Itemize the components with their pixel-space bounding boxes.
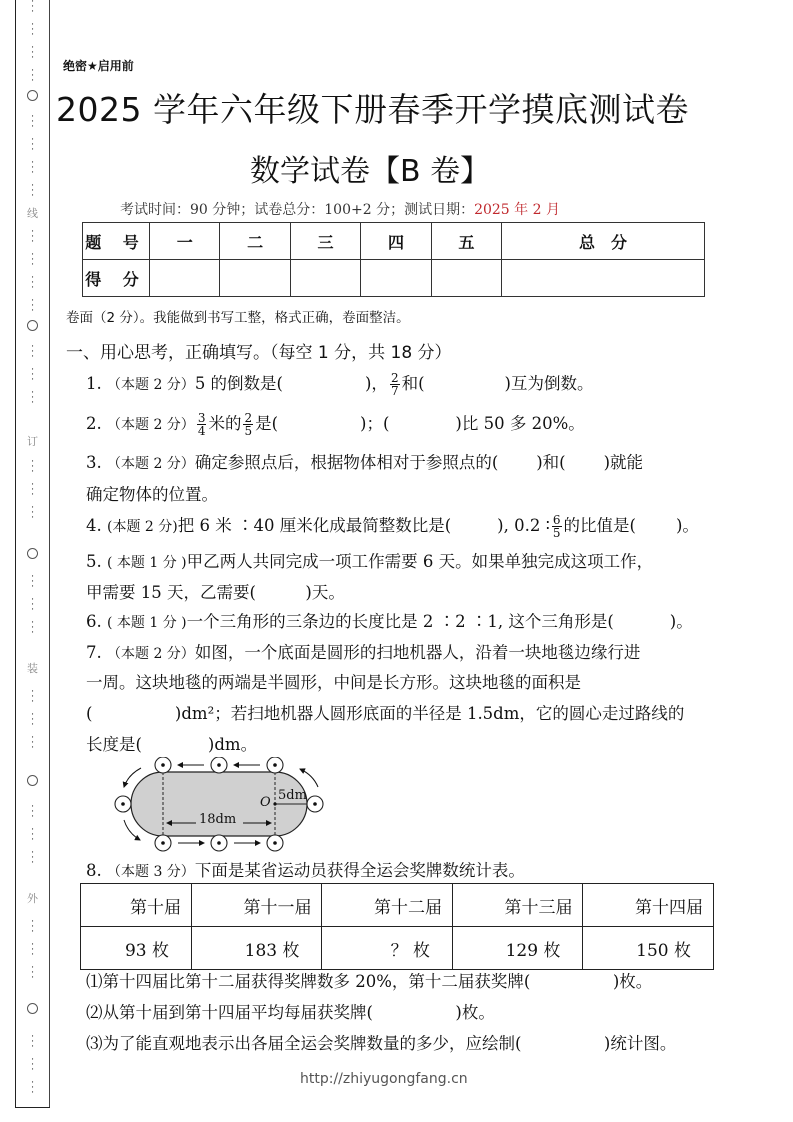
- question-2: 2. （本题 2 分）34米的25是()；()比 50 多 20%。: [86, 410, 585, 437]
- question-number: 5.: [86, 552, 107, 571]
- question-7-line-3: ( )dm²；若扫地机器人圆形底面的半径是 1.5dm，它的圆心走过路线的: [86, 700, 684, 724]
- question-1: 1. （本题 2 分）5 的倒数是()，27和()互为倒数。: [86, 370, 593, 397]
- margin-cut-label: 订: [16, 433, 49, 449]
- fraction: 25: [243, 412, 253, 437]
- question-text: 如图，一个底面是圆形的扫地机器人，沿着一块地毯边缘行进: [195, 643, 641, 662]
- score-table-cell: 四: [361, 223, 431, 260]
- score-table-score-row: 得 分: [83, 260, 705, 297]
- margin-dotted-line: ···: [16, 828, 49, 843]
- question-text: 把 6 米 ∶40 厘米化成最简整数比是(: [178, 516, 451, 535]
- score-input-cell[interactable]: [150, 260, 220, 297]
- question-5-line-2: 甲需要 15 天，乙需要( )天。: [86, 579, 345, 603]
- medal-table-header: 第十一届: [192, 884, 322, 927]
- medal-table-value: 93 枚: [81, 927, 192, 970]
- question-text: )，: [365, 374, 388, 393]
- question-7-line-4: 长度是( )dm。: [86, 731, 257, 755]
- margin-dotted-line: ···: [16, 299, 49, 314]
- margin-dotted-line: ···: [16, 851, 49, 866]
- margin-dotted-line: ···: [16, 276, 49, 291]
- score-table-cell: 总 分: [502, 223, 705, 260]
- medal-table-value-row: 93 枚 183 枚 ？ 枚 129 枚 150 枚: [81, 927, 714, 970]
- margin-dotted-line: ···: [16, 598, 49, 613]
- margin-dotted-line: ···: [16, 1058, 49, 1073]
- question-points: （本题 2 分）: [107, 646, 195, 662]
- margin-dotted-line: ···: [16, 506, 49, 521]
- question-text: )互为倒数。: [505, 374, 594, 393]
- margin-dotted-line: ···: [16, 184, 49, 199]
- exam-info-text: 考试时间：90 分钟；试卷总分：100+2 分；测试日期：: [120, 202, 474, 218]
- margin-dotted-line: ···: [16, 115, 49, 130]
- margin-circle-icon: [27, 320, 38, 331]
- medal-table-header: 第十四届: [583, 884, 714, 927]
- question-number: 8.: [86, 861, 107, 880]
- confidential-label: 绝密★启用前: [63, 57, 134, 74]
- question-4: 4. (本题 2 分)把 6 米 ∶40 厘米化成最简整数比是(), 0.2 ∶…: [86, 512, 699, 539]
- score-table-cell: 得 分: [83, 260, 150, 297]
- score-input-cell[interactable]: [431, 260, 501, 297]
- margin-dotted-line: ···: [16, 920, 49, 935]
- question-text: 5 的倒数是(: [195, 374, 283, 393]
- fraction-denominator: 5: [243, 425, 253, 437]
- medal-count-table: 第十届 第十一届 第十二届 第十三届 第十四届 93 枚 183 枚 ？ 枚 1…: [80, 883, 714, 970]
- neatness-note: 卷面（2 分）。我能做到书写工整，格式正确，卷面整洁。: [66, 306, 410, 326]
- margin-dotted-line: ···: [16, 345, 49, 360]
- question-number: 4.: [86, 516, 107, 535]
- exam-date: 2025 年 2 月: [474, 202, 560, 218]
- margin-dotted-line: ···: [16, 69, 49, 84]
- question-points: ( 本题 1 分 ): [107, 615, 187, 631]
- fraction: 27: [390, 372, 400, 397]
- medal-table-value: 129 枚: [452, 927, 582, 970]
- margin-dotted-line: ···: [16, 621, 49, 636]
- question-text: 确定参照点后，根据物体相对于参照点的(: [195, 453, 498, 472]
- question-number: 2.: [86, 414, 107, 433]
- margin-cut-label: 装: [16, 660, 49, 676]
- score-input-cell[interactable]: [502, 260, 705, 297]
- margin-circle-icon: [27, 548, 38, 559]
- question-text: ), 0.2 ∶: [497, 516, 550, 535]
- margin-dotted-line: ···: [16, 575, 49, 590]
- question-3-line-2: 确定物体的位置。: [86, 481, 218, 505]
- carpet-diagram-svg: [108, 757, 348, 853]
- score-table-cell: 三: [290, 223, 360, 260]
- question-number: 7.: [86, 643, 107, 662]
- question-7-line-2: 一周。这块地毯的两端是半圆形，中间是长方形。这块地毯的面积是: [86, 669, 581, 693]
- length-label: 18dm: [199, 812, 236, 827]
- fraction-denominator: 7: [390, 385, 400, 397]
- question-6: 6. ( 本题 1 分 )一个三角形的三条边的长度比是 2 ∶2 ∶1, 这个三…: [86, 608, 693, 632]
- fraction: 34: [197, 412, 207, 437]
- margin-dotted-line: ···: [16, 23, 49, 38]
- question-text: )。: [676, 516, 699, 535]
- question-text: 下面是某省运动员获得全运会奖牌数统计表。: [195, 861, 525, 880]
- question-text: 一个三角形的三条边的长度比是 2 ∶2 ∶1, 这个三角形是(: [187, 612, 614, 631]
- fraction-denominator: 5: [552, 527, 562, 539]
- score-table-cell: 二: [220, 223, 290, 260]
- margin-dotted-line: ···: [16, 0, 49, 15]
- question-text: 的比值是(: [564, 516, 636, 535]
- margin-dotted-line: ···: [16, 483, 49, 498]
- question-points: （本题 3 分）: [107, 864, 195, 880]
- medal-table-header: 第十三届: [452, 884, 582, 927]
- fraction-denominator: 4: [197, 425, 207, 437]
- question-number: 3.: [86, 453, 107, 472]
- score-table-cell: 五: [431, 223, 501, 260]
- question-points: （本题 2 分）: [107, 456, 195, 472]
- question-7: 7. （本题 2 分）如图，一个底面是圆形的扫地机器人，沿着一块地毯边缘行进: [86, 639, 640, 663]
- margin-dotted-line: ···: [16, 368, 49, 383]
- margin-dotted-line: ···: [16, 805, 49, 820]
- carpet-robot-diagram: 18dm 5dm O: [108, 757, 348, 853]
- margin-dotted-line: ···: [16, 230, 49, 245]
- margin-dotted-line: ···: [16, 943, 49, 958]
- margin-dotted-line: ···: [16, 1081, 49, 1096]
- margin-dotted-line: ···: [16, 736, 49, 751]
- binding-margin-inner-line: [49, 0, 50, 1108]
- medal-table-value: 150 枚: [583, 927, 714, 970]
- margin-dotted-line: ···: [16, 690, 49, 705]
- score-table-header-row: 题 号 一 二 三 四 五 总 分: [83, 223, 705, 260]
- question-text: 和(: [402, 374, 425, 393]
- radius-label: 5dm: [278, 788, 307, 803]
- question-points: （本题 2 分）: [107, 377, 195, 393]
- question-text: )和(: [536, 453, 565, 472]
- question-text: 是(: [255, 414, 278, 433]
- score-table-cell: 一: [150, 223, 220, 260]
- margin-dotted-line: ···: [16, 253, 49, 268]
- question-text: )就能: [604, 453, 643, 472]
- medal-table-header: 第十二届: [322, 884, 452, 927]
- margin-dotted-line: ···: [16, 138, 49, 153]
- margin-cut-label: 外: [16, 890, 49, 906]
- margin-dotted-line: ···: [16, 391, 49, 406]
- medal-table-value: ？ 枚: [322, 927, 452, 970]
- medal-table-value: 183 枚: [192, 927, 322, 970]
- question-3: 3. （本题 2 分）确定参照点后，根据物体相对于参照点的()和()就能: [86, 449, 643, 473]
- margin-dotted-line: ···: [16, 161, 49, 176]
- question-points: ( 本题 1 分 ): [107, 555, 187, 571]
- question-8-sub-3: ⑶为了能直观地表示出各届全运会奖牌数量的多少，应绘制( )统计图。: [86, 1030, 676, 1054]
- question-text: )；(: [360, 414, 389, 433]
- question-8-sub-1: ⑴第十四届比第十二届获得奖牌数多 20%，第十二届获奖牌( )枚。: [86, 968, 652, 992]
- score-input-cell[interactable]: [290, 260, 360, 297]
- score-input-cell[interactable]: [361, 260, 431, 297]
- score-table-cell: 题 号: [83, 223, 150, 260]
- margin-dotted-line: ···: [16, 46, 49, 61]
- question-text: 米的: [208, 414, 241, 433]
- binding-margin: 线订装外····································…: [16, 0, 49, 1108]
- medal-table-header: 第十届: [81, 884, 192, 927]
- question-5: 5. ( 本题 1 分 )甲乙两人共同完成一项工作需要 6 天。如果单独完成这项…: [86, 548, 653, 572]
- fraction: 65: [552, 514, 562, 539]
- question-text: 甲乙两人共同完成一项工作需要 6 天。如果单独完成这项工作，: [187, 552, 654, 571]
- margin-cut-label: 线: [16, 205, 49, 221]
- footer-url[interactable]: http://zhiyugongfang.cn: [300, 1071, 468, 1087]
- question-8-sub-2: ⑵从第十届到第十四届平均每届获奖牌( )枚。: [86, 999, 495, 1023]
- section-1-heading: 一、用心思考，正确填写。（每空 1 分，共 18 分）: [66, 338, 452, 363]
- exam-subtitle: 数学试卷【B 卷】: [250, 146, 490, 190]
- margin-dotted-line: ···: [16, 966, 49, 981]
- center-label: O: [260, 795, 271, 810]
- question-number: 6.: [86, 612, 107, 631]
- margin-dotted-line: ···: [16, 713, 49, 728]
- margin-circle-icon: [27, 775, 38, 786]
- question-points: （本题 2 分）: [107, 417, 195, 433]
- question-points: (本题 2 分): [107, 519, 178, 535]
- margin-circle-icon: [27, 90, 38, 101]
- margin-circle-icon: [27, 1003, 38, 1014]
- question-number: 1.: [86, 374, 107, 393]
- exam-info: 考试时间：90 分钟；试卷总分：100+2 分；测试日期：2025 年 2 月: [120, 199, 560, 219]
- exam-title: 2025 学年六年级下册春季开学摸底测试卷: [56, 84, 746, 131]
- score-input-cell[interactable]: [220, 260, 290, 297]
- question-text: )。: [670, 612, 693, 631]
- score-table: 题 号 一 二 三 四 五 总 分 得 分: [82, 222, 705, 297]
- margin-dotted-line: ···: [16, 460, 49, 475]
- question-text: )比 50 多 20%。: [455, 414, 584, 433]
- question-8: 8. （本题 3 分）下面是某省运动员获得全运会奖牌数统计表。: [86, 857, 525, 881]
- margin-dotted-line: ···: [16, 1035, 49, 1050]
- medal-table-header-row: 第十届 第十一届 第十二届 第十三届 第十四届: [81, 884, 714, 927]
